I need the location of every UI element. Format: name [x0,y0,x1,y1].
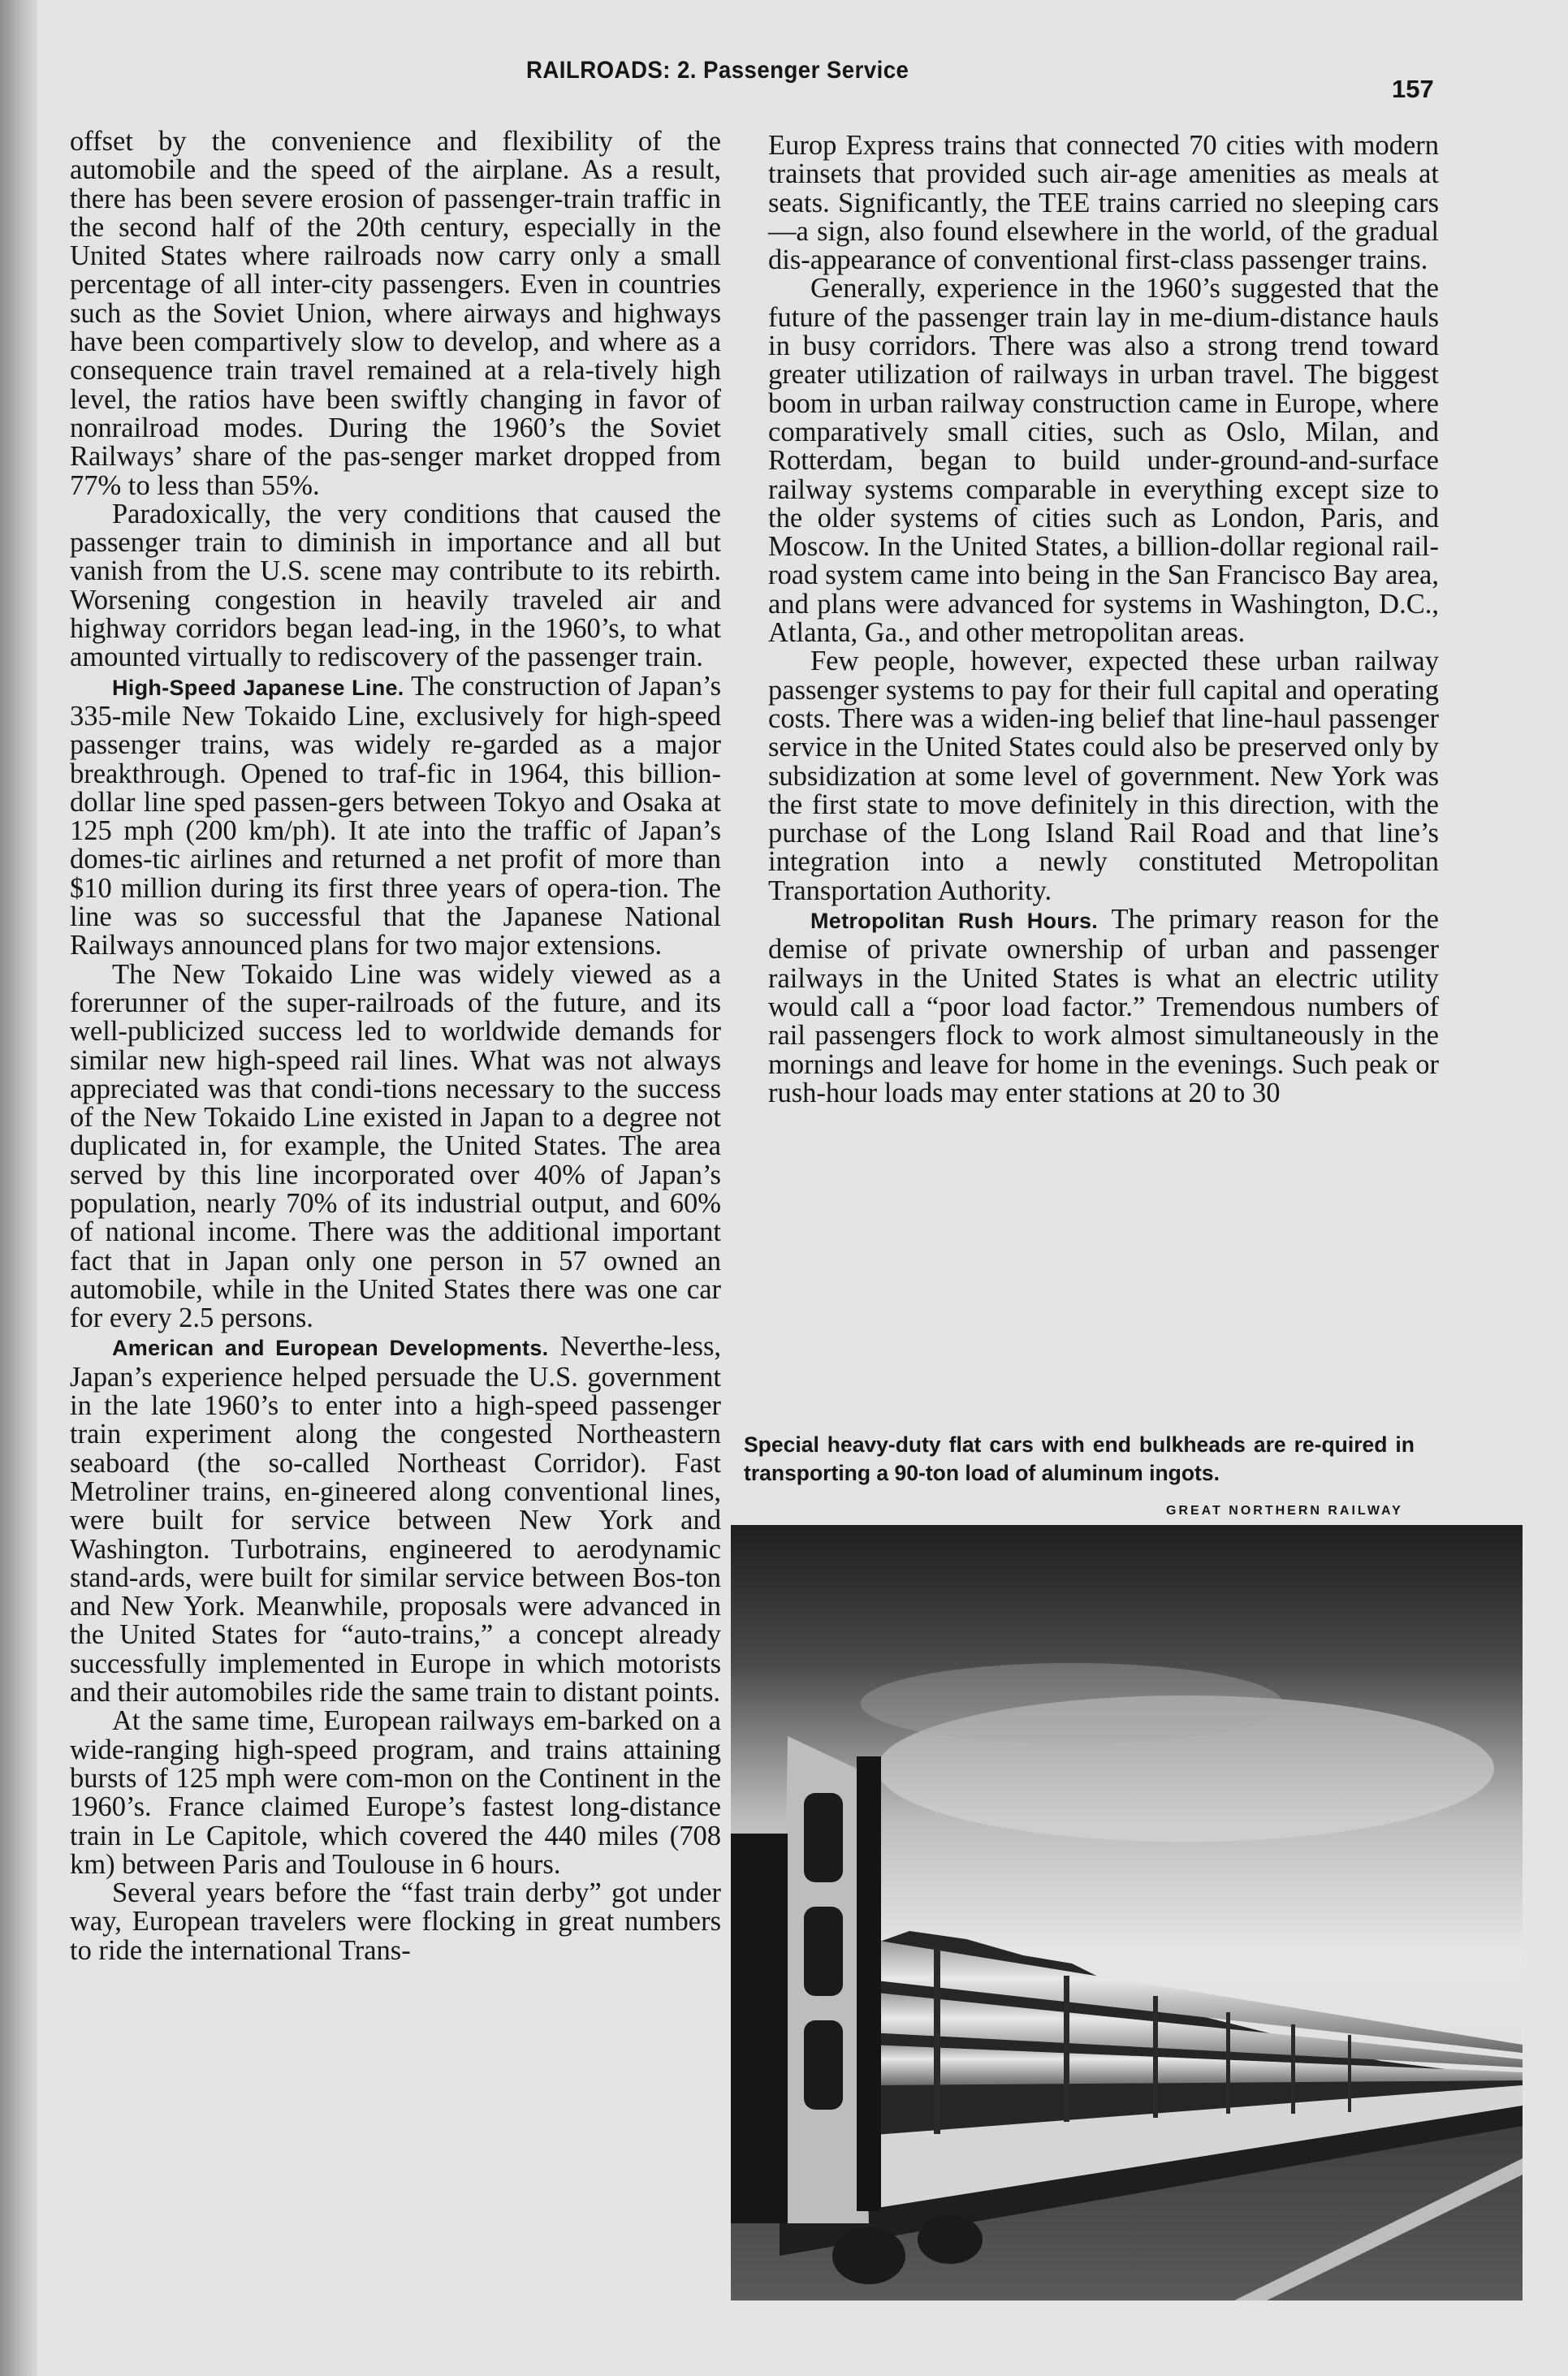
page-binding-gutter [0,0,37,2376]
paragraph: At the same time, European railways em-b… [70,1707,721,1879]
paragraph-with-runin-heading: High-Speed Japanese Line. The constructi… [70,672,721,961]
paragraph: Several years before the “fast train der… [70,1879,721,1965]
running-head: RAILROADS: 2. Passenger Service [526,57,909,84]
left-text-column: offset by the convenience and flexibilit… [70,127,721,1965]
paragraph: Europ Express trains that connected 70 c… [768,132,1439,274]
paragraph-text: The construction of Japan’s 335-mile New… [70,671,721,961]
paragraph-with-runin-heading: Metropolitan Rush Hours. The primary rea… [768,905,1439,1108]
section-heading-high-speed-japanese-line: High-Speed Japanese Line. [112,676,404,700]
paragraph-text: The primary reason for the demise of pri… [768,904,1439,1108]
right-text-column: Europ Express trains that connected 70 c… [768,132,1439,1108]
paragraph: Paradoxically, the very conditions that … [70,500,721,672]
paragraph: The New Tokaido Line was widely viewed a… [70,961,721,1333]
paragraph-text: Neverthe-less, Japan’s experience helped… [70,1331,721,1708]
paragraph: Generally, experience in the 1960’s sugg… [768,274,1439,647]
page-number: 157 [1392,75,1434,104]
section-heading-metropolitan-rush-hours: Metropolitan Rush Hours. [810,909,1098,933]
paragraph: Few people, however, expected these urba… [768,647,1439,905]
paragraph-with-runin-heading: American and European Developments. Neve… [70,1333,721,1707]
flat-car-photo [731,1525,1523,2300]
section-heading-american-european-developments: American and European Developments. [112,1336,548,1360]
train-photo-illustration [731,1525,1523,2300]
figure-caption: Special heavy-duty flat cars with end bu… [744,1431,1415,1488]
photo-credit: GREAT NORTHERN RAILWAY [1166,1504,1403,1518]
paragraph: offset by the convenience and flexibilit… [70,127,721,500]
